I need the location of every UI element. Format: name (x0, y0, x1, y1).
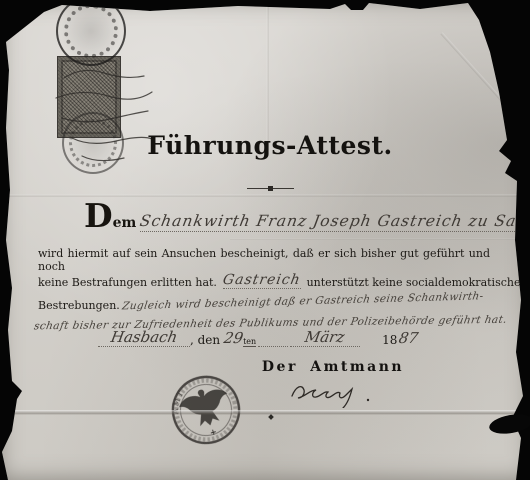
date-line: Hasbach , den 29 ten März 18 87 (98, 328, 419, 347)
name-insert-handwriting: Gastreich (222, 272, 302, 288)
recipient-name-handwriting: Schankwirth Franz Joseph Gastreich zu Sa… (139, 212, 530, 230)
dem-prefix: Dem (84, 199, 136, 232)
amtmann-signature (288, 376, 374, 408)
body-line-3-prefix: Bestrebungen. (38, 299, 120, 312)
photo-backdrop: Führungs-Attest. Dem Schankwirth Franz J… (0, 0, 530, 480)
fold-crease-line (0, 410, 530, 415)
crease-line (0, 194, 530, 197)
crease-line (230, 238, 530, 240)
year-handwriting: 87 (398, 329, 420, 347)
official-seal: AMT + (161, 365, 250, 454)
day-ordinal-suffix: ten (243, 337, 256, 347)
amtmann-title: Der Amtmann (238, 359, 428, 375)
seal-cross-icon: + (209, 426, 218, 437)
month-handwriting: März (304, 328, 347, 346)
recipient-line: Dem Schankwirth Franz Joseph Gastreich z… (84, 199, 494, 232)
day-handwriting: 29 (222, 329, 244, 347)
body-line-1: wird hiermit auf sein Ansuchen bescheini… (38, 247, 490, 273)
document-title: Führungs-Attest. (115, 131, 425, 160)
den-label: , den (190, 333, 220, 347)
crease-line (440, 32, 529, 131)
month-field: März (290, 328, 360, 347)
ornate-initial: D (84, 196, 113, 235)
dotted-leader (258, 332, 288, 347)
year-printed: 18 (382, 333, 397, 347)
place-field: Hasbach (98, 328, 190, 347)
body-line-2-prefix: keine Bestrafungen erlitten hat. (38, 276, 217, 289)
document-paper: Führungs-Attest. Dem Schankwirth Franz J… (0, 0, 530, 480)
place-handwriting: Hasbach (109, 328, 179, 346)
recipient-name-field: Schankwirth Franz Joseph Gastreich zu Sa… (140, 211, 530, 232)
name-insert-field: Gastreich (223, 272, 301, 289)
divider-dot (268, 414, 274, 420)
crease-line (266, 0, 269, 150)
title-divider (247, 188, 294, 189)
